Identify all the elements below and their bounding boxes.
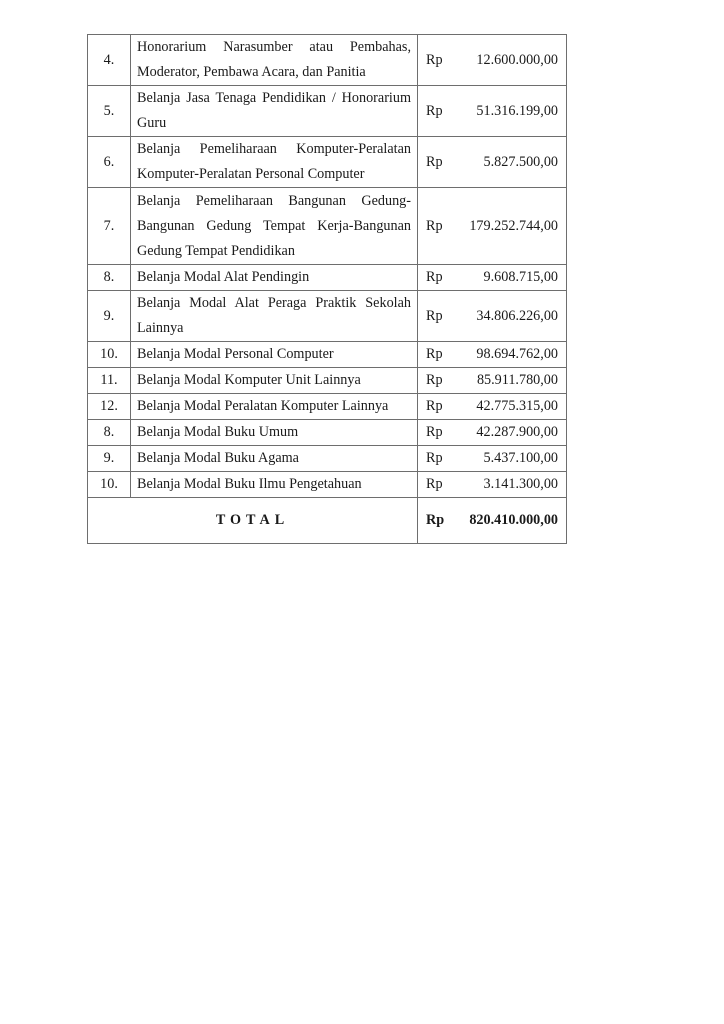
row-amount: 98.694.762,00	[460, 342, 567, 368]
table-row: 6. Belanja Pemeliharaan Komputer-Peralat…	[88, 137, 567, 188]
row-currency: Rp	[418, 420, 461, 446]
row-number: 12.	[88, 394, 131, 420]
row-description: Belanja Pemeliharaan Komputer-Peralatan …	[131, 137, 418, 188]
row-description: Belanja Modal Buku Umum	[131, 420, 418, 446]
row-number: 8.	[88, 420, 131, 446]
table-row: 4. Honorarium Narasumber atau Pembahas, …	[88, 35, 567, 86]
row-amount: 3.141.300,00	[460, 472, 567, 498]
row-number: 10.	[88, 472, 131, 498]
row-description: Belanja Modal Alat Peraga Praktik Sekola…	[131, 291, 418, 342]
row-number: 10.	[88, 342, 131, 368]
row-description: Belanja Modal Peralatan Komputer Lainnya	[131, 394, 418, 420]
row-currency: Rp	[418, 86, 461, 137]
row-currency: Rp	[418, 265, 461, 291]
row-currency: Rp	[418, 368, 461, 394]
row-currency: Rp	[418, 472, 461, 498]
row-number: 7.	[88, 188, 131, 265]
row-amount: 179.252.744,00	[460, 188, 567, 265]
table-row: 9. Belanja Modal Alat Peraga Praktik Sek…	[88, 291, 567, 342]
row-currency: Rp	[418, 394, 461, 420]
row-amount: 51.316.199,00	[460, 86, 567, 137]
row-amount: 12.600.000,00	[460, 35, 567, 86]
row-amount: 42.775.315,00	[460, 394, 567, 420]
table-row: 11. Belanja Modal Komputer Unit Lainnya …	[88, 368, 567, 394]
table-row: 5. Belanja Jasa Tenaga Pendidikan / Hono…	[88, 86, 567, 137]
total-currency: Rp	[418, 498, 461, 544]
row-currency: Rp	[418, 188, 461, 265]
row-description: Belanja Modal Alat Pendingin	[131, 265, 418, 291]
row-amount: 5.437.100,00	[460, 446, 567, 472]
total-label: TOTAL	[88, 498, 418, 544]
row-description: Honorarium Narasumber atau Pembahas, Mod…	[131, 35, 418, 86]
table-row: 9. Belanja Modal Buku Agama Rp 5.437.100…	[88, 446, 567, 472]
row-amount: 85.911.780,00	[460, 368, 567, 394]
row-description: Belanja Modal Buku Agama	[131, 446, 418, 472]
row-number: 9.	[88, 291, 131, 342]
row-number: 6.	[88, 137, 131, 188]
document-page: 4. Honorarium Narasumber atau Pembahas, …	[0, 0, 724, 1024]
row-currency: Rp	[418, 342, 461, 368]
table-row: 12. Belanja Modal Peralatan Komputer Lai…	[88, 394, 567, 420]
row-currency: Rp	[418, 137, 461, 188]
row-amount: 9.608.715,00	[460, 265, 567, 291]
total-amount: 820.410.000,00	[460, 498, 567, 544]
row-number: 8.	[88, 265, 131, 291]
row-currency: Rp	[418, 35, 461, 86]
row-number: 11.	[88, 368, 131, 394]
total-row: TOTAL Rp 820.410.000,00	[88, 498, 567, 544]
row-number: 4.	[88, 35, 131, 86]
row-currency: Rp	[418, 291, 461, 342]
row-amount: 34.806.226,00	[460, 291, 567, 342]
table-row: 10. Belanja Modal Buku Ilmu Pengetahuan …	[88, 472, 567, 498]
row-description: Belanja Pemeliharaan Bangunan Gedung-Ban…	[131, 188, 418, 265]
table-row: 7. Belanja Pemeliharaan Bangunan Gedung-…	[88, 188, 567, 265]
row-currency: Rp	[418, 446, 461, 472]
table-row: 8. Belanja Modal Buku Umum Rp 42.287.900…	[88, 420, 567, 446]
row-description: Belanja Modal Personal Computer	[131, 342, 418, 368]
row-number: 9.	[88, 446, 131, 472]
row-description: Belanja Modal Buku Ilmu Pengetahuan	[131, 472, 418, 498]
row-description: Belanja Modal Komputer Unit Lainnya	[131, 368, 418, 394]
row-amount: 42.287.900,00	[460, 420, 567, 446]
row-description: Belanja Jasa Tenaga Pendidikan / Honorar…	[131, 86, 418, 137]
budget-table: 4. Honorarium Narasumber atau Pembahas, …	[87, 34, 567, 544]
row-amount: 5.827.500,00	[460, 137, 567, 188]
table-row: 10. Belanja Modal Personal Computer Rp 9…	[88, 342, 567, 368]
table-row: 8. Belanja Modal Alat Pendingin Rp 9.608…	[88, 265, 567, 291]
row-number: 5.	[88, 86, 131, 137]
